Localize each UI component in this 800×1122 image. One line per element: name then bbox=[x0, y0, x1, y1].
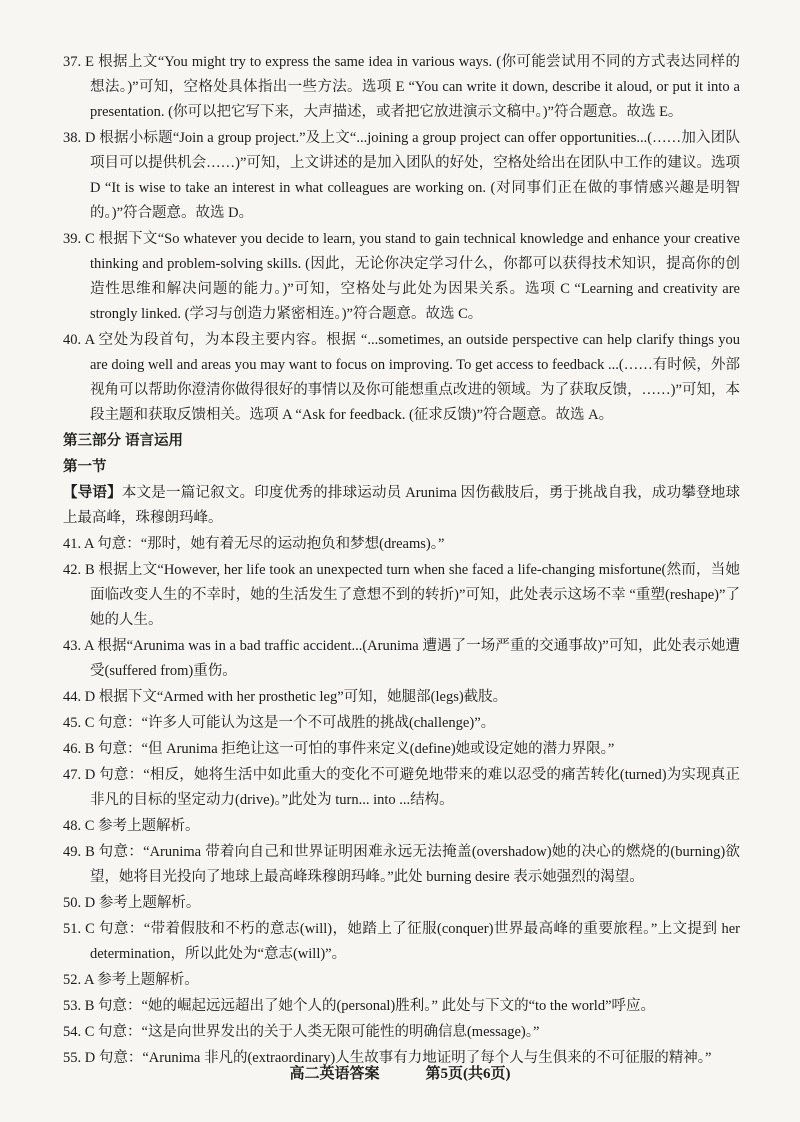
answer-item-50: 50. D 参考上题解析。 bbox=[63, 891, 740, 916]
answer-item-43: 43. A 根据“Arunima was in a bad traffic ac… bbox=[63, 634, 740, 684]
answer-item-39: 39. C 根据下文“So whatever you decide to lea… bbox=[63, 227, 740, 327]
answer-key-page: 37. E 根据上文“You might try to express the … bbox=[0, 0, 800, 1122]
section-header-part3: 第三部分 语言运用 bbox=[63, 429, 740, 454]
answer-list: 37. E 根据上文“You might try to express the … bbox=[63, 50, 740, 1072]
answer-item-52: 52. A 参考上题解析。 bbox=[63, 968, 740, 993]
answer-item-47: 47. D 句意：“相反，她将生活中如此重大的变化不可避免地带来的难以忍受的痛苦… bbox=[63, 763, 740, 813]
answer-item-44: 44. D 根据下文“Armed with her prosthetic leg… bbox=[63, 685, 740, 710]
footer-doc-title: 高二英语答案 bbox=[289, 1062, 379, 1083]
answer-item-49: 49. B 句意：“Arunima 带着向自己和世界证明困难永远无法掩盖(ove… bbox=[63, 840, 740, 890]
answer-item-41: 41. A 句意：“那时，她有着无尽的运动抱负和梦想(dreams)。” bbox=[63, 532, 740, 557]
section-header-section1: 第一节 bbox=[63, 455, 740, 480]
footer-page-number: 第5页(共6页) bbox=[426, 1062, 511, 1083]
answer-item-38: 38. D 根据小标题“Join a group project.”及上文“..… bbox=[63, 126, 740, 226]
intro-paragraph: 【导语】本文是一篇记叙文。印度优秀的排球运动员 Arunima 因伤截肢后，勇于… bbox=[63, 481, 740, 531]
answer-item-45: 45. C 句意：“许多人可能认为这是一个不可战胜的挑战(challenge)”… bbox=[63, 711, 740, 736]
page-footer: 高二英语答案 第5页(共6页) bbox=[0, 1062, 800, 1083]
answer-item-51: 51. C 句意：“带着假肢和不朽的意志(will)，她踏上了征服(conque… bbox=[63, 917, 740, 967]
answer-item-54: 54. C 句意：“这是向世界发出的关于人类无限可能性的明确信息(message… bbox=[63, 1020, 740, 1045]
answer-item-37: 37. E 根据上文“You might try to express the … bbox=[63, 50, 740, 125]
answer-item-42: 42. B 根据上文“However, her life took an une… bbox=[63, 558, 740, 633]
answer-item-48: 48. C 参考上题解析。 bbox=[63, 814, 740, 839]
intro-label: 【导语】 bbox=[63, 485, 122, 501]
answer-item-53: 53. B 句意：“她的崛起远远超出了她个人的(personal)胜利。” 此处… bbox=[63, 994, 740, 1019]
answer-item-46: 46. B 句意：“但 Arunima 拒绝让这一可怕的事件来定义(define… bbox=[63, 737, 740, 762]
answer-item-40: 40. A 空处为段首句，为本段主要内容。根据 “...sometimes, a… bbox=[63, 328, 740, 428]
